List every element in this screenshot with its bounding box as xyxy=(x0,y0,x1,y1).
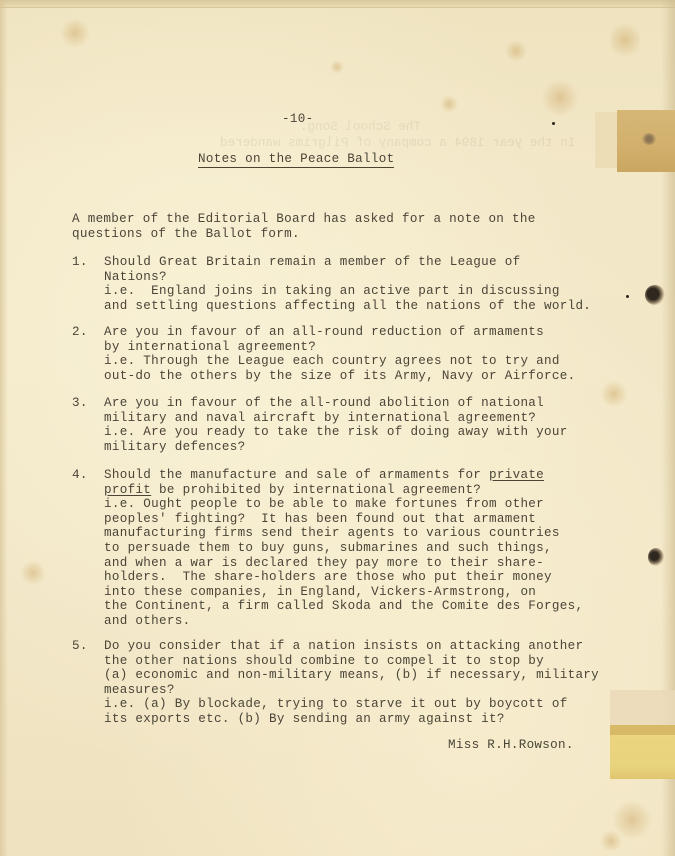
explanation-line: its exports etc. (b) By sending an army … xyxy=(104,712,505,726)
question-line: measures? xyxy=(104,683,175,697)
question-body: Do you consider that if a nation insists… xyxy=(104,639,599,727)
stain-spot xyxy=(20,560,46,586)
stain-spot xyxy=(610,20,640,60)
explanation-line: the Continent, a firm called Skoda and t… xyxy=(104,599,583,613)
question-line: by international agreement? xyxy=(104,340,316,354)
explanation-line: holders. The share-holders are those who… xyxy=(104,570,552,584)
intro-line: A member of the Editorial Board has aske… xyxy=(72,212,536,226)
ink-dot xyxy=(626,295,629,298)
explanation-line: military defences? xyxy=(104,440,245,454)
explanation-line: i.e. Through the League each country agr… xyxy=(104,354,560,368)
explanation-line: i.e. Ought people to be able to make for… xyxy=(104,497,544,511)
show-through-text: In the year 1894 a company of Pilgrims w… xyxy=(220,136,575,151)
punch-hole xyxy=(645,285,665,305)
stain-spot xyxy=(505,40,527,62)
explanation-line: out-do the others by the size of its Arm… xyxy=(104,369,575,383)
stain-spot xyxy=(60,18,90,48)
question-line-text: be prohibited by international agreement… xyxy=(151,483,481,497)
explanation-line: i.e. Are you ready to take the risk of d… xyxy=(104,425,568,439)
tape-strip xyxy=(610,690,675,728)
question-number: 1. xyxy=(72,255,88,270)
question-body: Should the manufacture and sale of armam… xyxy=(104,468,583,629)
stain-spot xyxy=(330,60,344,74)
question-line: Are you in favour of the all-round aboli… xyxy=(104,396,544,410)
underlined-phrase: profit xyxy=(104,483,151,497)
punch-hole xyxy=(648,548,664,566)
question-line: the other nations should combine to comp… xyxy=(104,654,544,668)
tape-mark xyxy=(642,133,656,145)
explanation-line: i.e. (a) By blockade, trying to starve i… xyxy=(104,697,568,711)
question-line: Should Great Britain remain a member of … xyxy=(104,255,520,269)
tape-strip xyxy=(595,112,619,168)
question-number: 5. xyxy=(72,639,88,654)
page-number: -10- xyxy=(282,112,313,127)
question-line-text: Should the manufacture and sale of armam… xyxy=(104,468,489,482)
ink-dot xyxy=(552,122,555,125)
question-number: 4. xyxy=(72,468,88,483)
question-line: Nations? xyxy=(104,270,167,284)
question-line: (a) economic and non-military means, (b)… xyxy=(104,668,599,682)
question-body: Should Great Britain remain a member of … xyxy=(104,255,591,313)
paper-left-edge xyxy=(0,0,8,856)
scanned-document-page: The School Song. In the year 1894 a comp… xyxy=(0,0,675,856)
underlined-phrase: private xyxy=(489,468,544,482)
stain-spot xyxy=(600,830,622,852)
question-line: Do you consider that if a nation insists… xyxy=(104,639,583,653)
question-line: military and naval aircraft by internati… xyxy=(104,411,536,425)
intro-paragraph: A member of the Editorial Board has aske… xyxy=(72,212,536,241)
question-line: Are you in favour of an all-round reduct… xyxy=(104,325,544,339)
explanation-line: i.e. England joins in taking an active p… xyxy=(104,284,560,298)
question-body: Are you in favour of an all-round reduct… xyxy=(104,325,575,383)
explanation-line: and settling questions affecting all the… xyxy=(104,299,591,313)
stain-spot xyxy=(600,380,628,408)
author-signature: Miss R.H.Rowson. xyxy=(448,738,574,753)
explanation-line: peoples' fighting? It has been found out… xyxy=(104,512,536,526)
paper-top-edge xyxy=(0,0,675,8)
explanation-line: into these companies, in England, Vicker… xyxy=(104,585,536,599)
explanation-line: and when a war is declared they pay more… xyxy=(104,556,544,570)
explanation-line: to persuade them to buy guns, submarines… xyxy=(104,541,552,555)
stain-spot xyxy=(540,80,580,116)
question-number: 2. xyxy=(72,325,88,340)
intro-line: questions of the Ballot form. xyxy=(72,227,300,241)
question-body: Are you in favour of the all-round aboli… xyxy=(104,396,568,454)
explanation-line: manufacturing firms send their agents to… xyxy=(104,526,560,540)
tape-strip xyxy=(610,735,675,779)
show-through-text: The School Song. xyxy=(300,120,421,135)
question-number: 3. xyxy=(72,396,88,411)
explanation-line: and others. xyxy=(104,614,190,628)
stain-spot xyxy=(440,95,458,113)
document-title: Notes on the Peace Ballot xyxy=(198,152,394,168)
